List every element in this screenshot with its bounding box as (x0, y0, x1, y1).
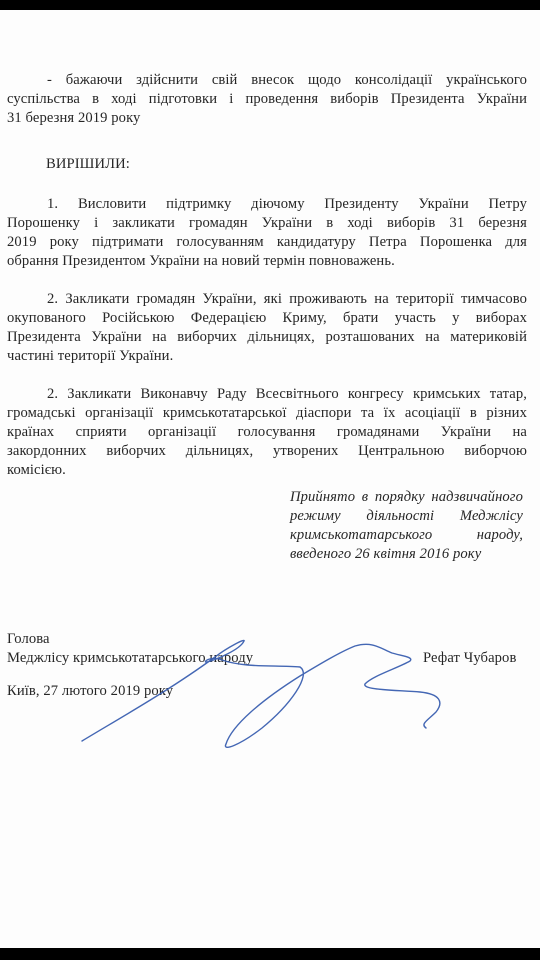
item-1-line-3: 2019 року підтримати голосуванням кандид… (7, 233, 527, 252)
preamble-line-2: суспільства в ході підготовки і проведен… (7, 90, 527, 109)
adoption-note-line-1: Прийнято в порядку надзвичайного (290, 488, 523, 507)
item-2-line-2: окупованого Російською Федерацією Криму,… (7, 309, 527, 328)
signatory-title-line-1: Голова (7, 630, 50, 649)
signatory-title-line-2: Меджлісу кримськотатарського народу (7, 649, 253, 668)
adoption-note-line-2: режиму діяльності Меджлісу (290, 507, 523, 526)
signatory-name: Рефат Чубаров (423, 649, 516, 668)
item-3-line-3: країнах сприяти організації голосування … (7, 423, 527, 442)
item-3-line-2: громадські організації кримськотатарсько… (7, 404, 527, 423)
resolved-heading: ВИРІШИЛИ: (46, 155, 130, 174)
item-1-line-1: 1. Висловити підтримку діючому Президент… (47, 195, 527, 214)
item-1-line-2: Порошенку і закликати громадян України в… (7, 214, 527, 233)
place-date: Київ, 27 лютого 2019 року (7, 682, 173, 701)
adoption-note-line-4: введеного 26 квітня 2016 року (290, 545, 481, 564)
item-3-line-5: комісією. (7, 461, 66, 480)
preamble-line-3: 31 березня 2019 року (7, 109, 140, 128)
item-2-line-4: частині території України. (7, 347, 173, 366)
preamble-line-1: - бажаючи здійснити свій внесок щодо кон… (47, 71, 527, 90)
item-2-line-1: 2. Закликати громадян України, які прожи… (47, 290, 527, 309)
item-2-line-3: Президента України на виборчих дільницях… (7, 328, 527, 347)
item-3-line-4: закордонних виборчих дільницях, утворени… (7, 442, 527, 461)
item-1-line-4: обрання Президентом України на новий тер… (7, 252, 395, 271)
item-3-line-1: 2. Закликати Виконавчу Раду Всесвітнього… (47, 385, 527, 404)
document-page (0, 10, 540, 948)
adoption-note-line-3: кримськотатарського народу, (290, 526, 523, 545)
